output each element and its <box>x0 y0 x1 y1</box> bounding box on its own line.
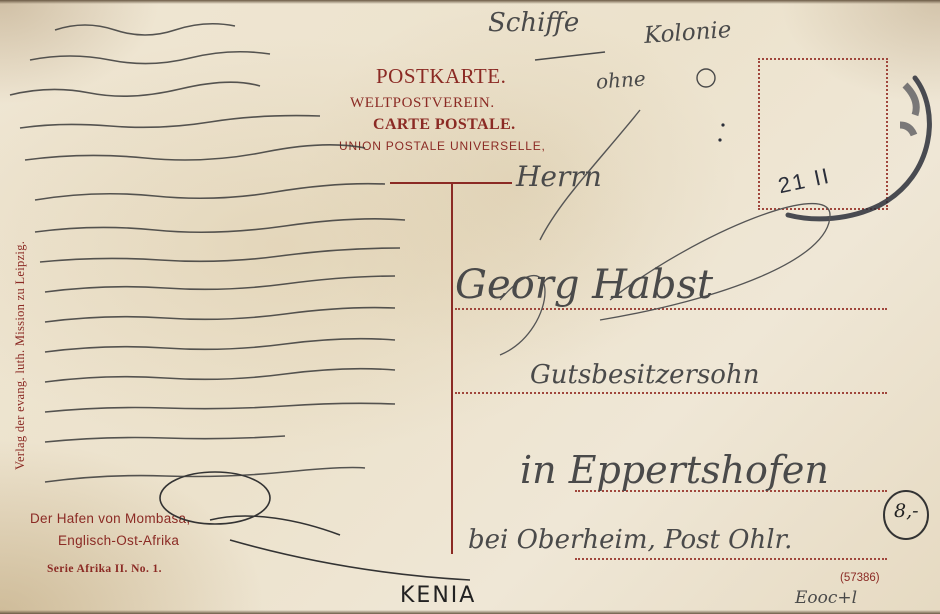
card-edge-bottom <box>0 610 940 614</box>
top-divider-rule <box>390 182 512 184</box>
series-label: Serie Afrika II. No. 1. <box>47 563 162 575</box>
title-french: CARTE POSTALE. <box>373 116 516 134</box>
address-line-town: in Eppertshofen <box>520 448 829 492</box>
catalog-number: (57386) <box>840 572 880 584</box>
union-french: UNION POSTALE UNIVERSELLE, <box>339 139 546 153</box>
postcard-title: POSTKARTE. <box>376 64 506 89</box>
annotation-bottom-right: Eooc+l <box>795 588 857 608</box>
message-address-divider <box>451 182 453 554</box>
address-line-post: bei Oberheim, Post Ohlr. <box>468 525 792 555</box>
caption-line-1: Der Hafen von Mombasa, <box>30 511 190 526</box>
address-name: Georg Habst <box>455 262 713 308</box>
postcard: POSTKARTE. WELTPOSTVEREIN. CARTE POSTALE… <box>0 0 940 614</box>
annotation-kolonie: Kolonie <box>643 17 732 49</box>
address-line-occupation: Gutsbesitzersohn <box>530 360 759 390</box>
publisher-text: Verlag der evang. luth. Mission zu Leipz… <box>13 241 28 470</box>
caption-line-2: Englisch-Ost-Afrika <box>58 533 179 548</box>
address-salutation: Herrn <box>516 160 602 193</box>
address-line-1 <box>455 308 887 310</box>
card-edge-top <box>0 0 940 4</box>
annotation-country: KENIA <box>400 583 476 608</box>
address-line-2 <box>455 392 887 394</box>
address-line-4 <box>575 558 887 560</box>
annotation-schiffe: Schiffe <box>488 8 579 38</box>
union-german: WELTPOSTVEREIN. <box>350 95 495 112</box>
annotation-price: 8,- <box>894 500 919 522</box>
annotation-ohne: ohne <box>595 66 646 93</box>
